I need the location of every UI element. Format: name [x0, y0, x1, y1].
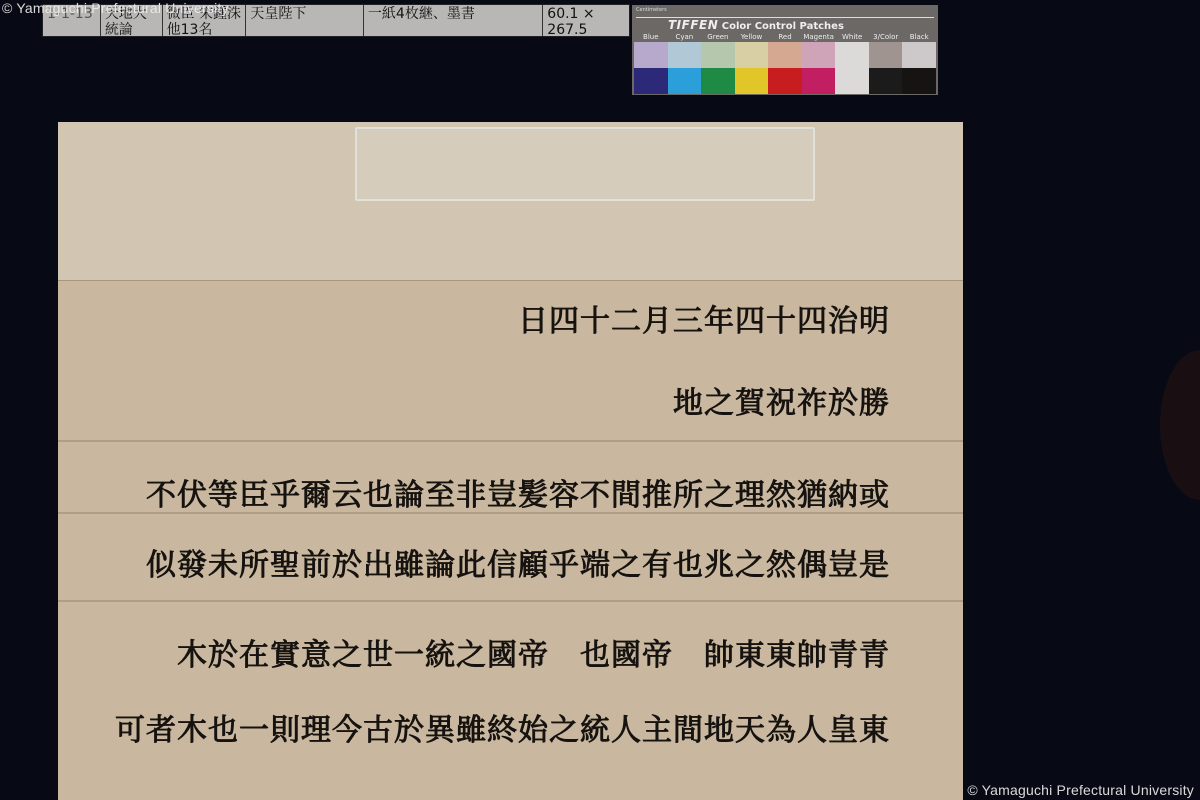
centimeter-ruler: Centimeters — [636, 7, 934, 18]
patch-label: Cyan — [668, 33, 702, 41]
document-line-date: 明治四十四年三月二十四日 — [518, 296, 890, 340]
glass-paperweight — [355, 127, 815, 201]
color-patch — [802, 68, 836, 94]
color-patch — [701, 68, 735, 94]
document-line-4: 是豈偶然之兆也有之端乎顧信此論雖出於前聖所未發似 — [146, 540, 890, 584]
ruler-unit: Centimeters — [636, 7, 667, 17]
patch-label: Blue — [634, 33, 668, 41]
catalog-recipient: 天皇陛下 — [246, 5, 364, 36]
color-patch — [668, 42, 702, 68]
color-patch — [869, 42, 903, 68]
color-patch — [902, 42, 936, 68]
color-patch — [835, 68, 869, 94]
color-patch — [768, 42, 802, 68]
color-card-title-text: Color Control Patches — [722, 21, 844, 32]
color-patch — [902, 68, 936, 94]
color-patch — [668, 68, 702, 94]
color-patch — [634, 68, 668, 94]
catalog-format: 一紙4枚継、墨書 — [364, 5, 543, 36]
patch-label: Green — [701, 33, 735, 41]
color-patches — [634, 42, 936, 94]
document-line-2: 勝於祚祝賀之地 — [673, 378, 890, 422]
patch-label: Magenta — [802, 33, 836, 41]
color-patch — [768, 68, 802, 94]
document-line-5: 青青帥東東帥 帝國也 帝國之統一世之意實在於木 — [177, 630, 890, 674]
color-patch — [869, 68, 903, 94]
fold-line — [58, 600, 963, 602]
patch-label: Black — [903, 33, 937, 41]
color-patch — [701, 42, 735, 68]
copyright-watermark-bottom: © Yamaguchi Prefectural University — [967, 782, 1194, 798]
patch-labels: Blue Cyan Green Yellow Red Magenta White… — [634, 33, 936, 41]
patch-label: White — [835, 33, 869, 41]
color-patch — [835, 42, 869, 68]
color-card-title: TIFFEN Color Control Patches — [668, 18, 844, 32]
document-line-3: 或納猶然理之所推間不容髪豈非至論也云爾乎臣等伏不 — [146, 470, 890, 514]
patch-label: Yellow — [735, 33, 769, 41]
patch-label: 3/Color — [869, 33, 903, 41]
color-patch — [735, 68, 769, 94]
catalog-dimensions: 60.1 × 267.5 — [543, 5, 629, 36]
fold-line — [58, 440, 963, 442]
patch-label: Red — [768, 33, 802, 41]
color-patch — [802, 42, 836, 68]
background-object — [1160, 350, 1200, 500]
document-line-6: 東皇人為天地間主人統之始終雖異於古今理則一也木者可 — [115, 705, 890, 749]
tiffen-logo: TIFFEN — [668, 18, 718, 32]
copyright-watermark-top: © Yamaguchi Prefectural University — [2, 0, 229, 16]
color-patch — [634, 42, 668, 68]
color-control-card: Centimeters TIFFEN Color Control Patches… — [632, 5, 938, 95]
color-patch — [735, 42, 769, 68]
